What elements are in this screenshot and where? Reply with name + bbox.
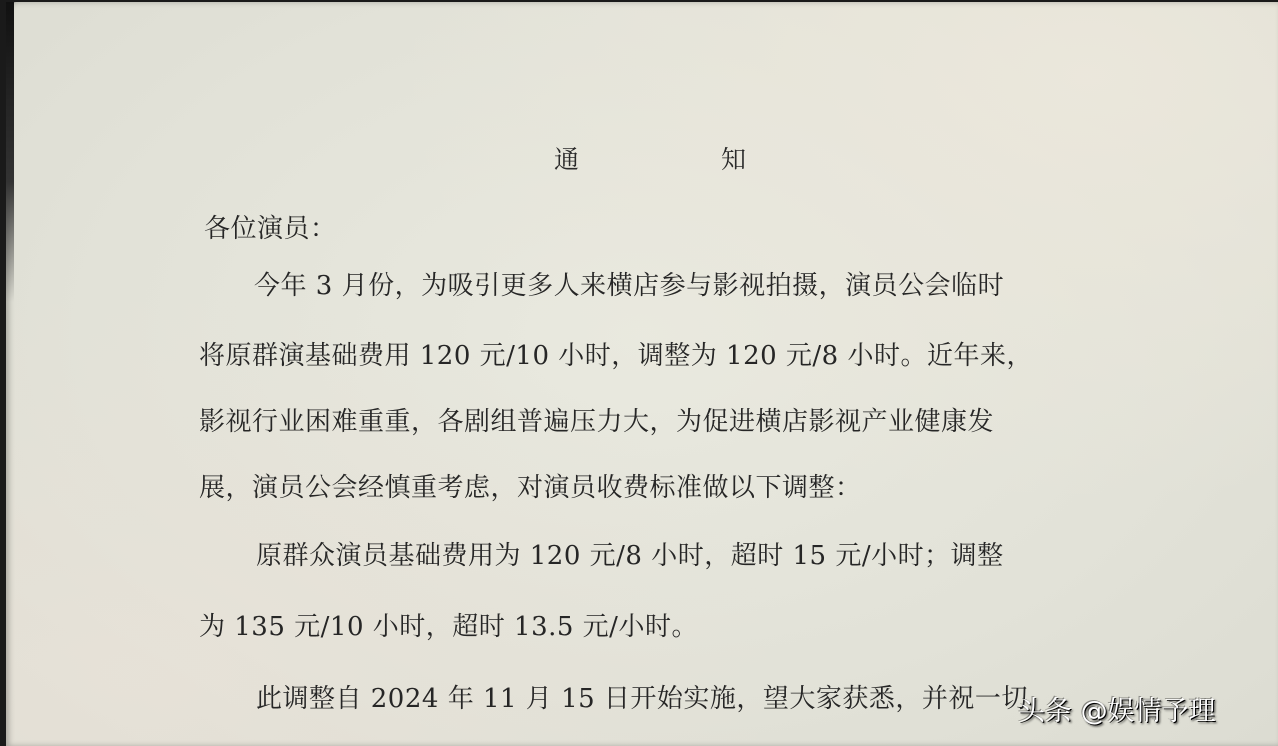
paragraph-2-line-2: 为 135 元/10 小时，超时 13.5 元/小时。	[199, 610, 698, 644]
paragraph-1-line-1: 今年 3 月份，为吸引更多人来横店参与影视拍摄，演员公会临时	[254, 269, 1004, 303]
notice-title-char-1: 通	[554, 140, 579, 176]
salutation: 各位演员：	[204, 212, 337, 246]
paragraph-1-line-3: 影视行业困难重重，各剧组普遍压力大，为促进横店影视产业健康发	[199, 405, 994, 439]
notice-title-char-2: 知	[721, 140, 746, 176]
paragraph-1-line-4: 展，演员公会经慎重考虑，对演员收费标准做以下调整：	[199, 471, 862, 505]
paper-document: 通 知 各位演员： 今年 3 月份，为吸引更多人来横店参与影视拍摄，演员公会临时…	[6, 2, 1278, 746]
notice-title: 通 知	[6, 140, 1278, 180]
paragraph-2-line-1: 原群众演员基础费用为 120 元/8 小时，超时 15 元/小时；调整	[256, 539, 1004, 573]
paragraph-1-line-2: 将原群演基础费用 120 元/10 小时，调整为 120 元/8 小时。近年来，	[199, 339, 1033, 373]
paragraph-3-line-1: 此调整自 2024 年 11 月 15 日开始实施，望大家获悉，并祝一切	[256, 682, 1028, 716]
watermark-text: 头条 @娱情予理	[1018, 689, 1216, 728]
